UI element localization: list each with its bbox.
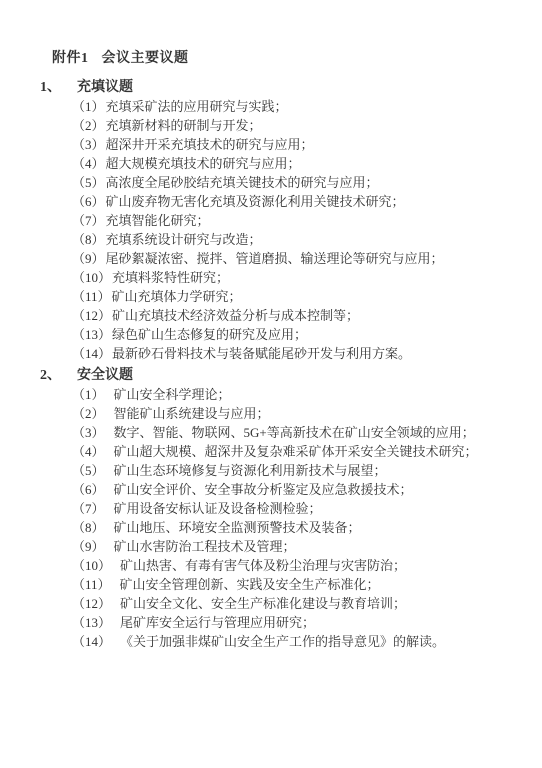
item-text: 矿用设备安标认证及设备检测检验； — [114, 499, 322, 518]
topic-item: （5）矿山生态环境修复与资源化利用新技术与展望； — [72, 461, 542, 480]
topic-item: （12）矿山安全文化、安全生产标准化建设与教育培训； — [72, 594, 542, 613]
item-text: 矿山充填体力学研究； — [112, 287, 242, 306]
item-text: 矿山热害、有毒有害气体及粉尘治理与灾害防治； — [120, 556, 406, 575]
section-filling-topics: 1、 充填议题 （1）充填采矿法的应用研究与实践；（2）充填新材料的研制与开发；… — [0, 78, 542, 363]
item-number: （3） — [72, 423, 105, 442]
section-safety-topics: 2、 安全议题 （1）矿山安全科学理论；（2）智能矿山系统建设与应用；（3）数字… — [0, 366, 542, 651]
item-text: 智能矿山系统建设与应用； — [114, 404, 270, 423]
topic-item: （8）矿山地压、环境安全监测预警技术及装备； — [72, 518, 542, 537]
item-text: 矿山安全文化、安全生产标准化建设与教育培训； — [120, 594, 406, 613]
title-text: 会议主要议题 — [102, 51, 189, 66]
topic-item: （8）充填系统设计研究与改造； — [72, 230, 542, 249]
item-number: （1） — [72, 97, 105, 116]
topic-item: （3）超深井开采充填技术的研究与应用； — [72, 135, 542, 154]
item-number: （7） — [72, 499, 105, 518]
section-heading: 2、 安全议题 — [40, 366, 542, 385]
item-text: 矿山充填技术经济效益分析与成本控制等； — [112, 306, 359, 325]
item-number: （6） — [72, 480, 105, 499]
topic-item: （4）矿山超大规模、超深井及复杂难采矿体开采安全关键技术研究； — [72, 442, 542, 461]
item-number: （13） — [72, 613, 111, 632]
page-title: 附件1会议主要议题 — [52, 49, 542, 68]
item-text: 矿山生态环境修复与资源化利用新技术与展望； — [114, 461, 387, 480]
item-text: 矿山水害防治工程技术及管理； — [114, 537, 296, 556]
item-text: 矿山安全评价、安全事故分析鉴定及应急救援技术； — [114, 480, 413, 499]
item-number: （2） — [72, 404, 105, 423]
item-text: 矿山安全管理创新、实践及安全生产标准化； — [120, 575, 380, 594]
item-text: 矿山安全科学理论； — [114, 385, 231, 404]
topic-item: （7）矿用设备安标认证及设备检测检验； — [72, 499, 542, 518]
topic-item: （9）矿山水害防治工程技术及管理； — [72, 537, 542, 556]
item-text: 矿山废弃物无害化充填及资源化利用关键技术研究； — [106, 192, 405, 211]
section-title: 充填议题 — [77, 78, 133, 97]
topic-item: （4）超大规模充填技术的研究与应用； — [72, 154, 542, 173]
item-number: （9） — [72, 537, 105, 556]
item-text: 充填系统设计研究与改造； — [106, 230, 262, 249]
topic-item: （11）矿山充填体力学研究； — [72, 287, 542, 306]
item-number: （14） — [72, 632, 111, 651]
topic-item: （6）矿山安全评价、安全事故分析鉴定及应急救援技术； — [72, 480, 542, 499]
topic-item: （5）高浓度全尾砂胶结充填关键技术的研究与应用； — [72, 173, 542, 192]
item-number: （11） — [72, 287, 111, 306]
item-text: 尾砂絮凝浓密、搅拌、管道磨损、输送理论等研究与应用； — [106, 249, 444, 268]
item-number: （7） — [72, 211, 105, 230]
section-number: 1、 — [40, 78, 77, 97]
topic-item: （10）充填料浆特性研究； — [72, 268, 542, 287]
item-text: 超深井开采充填技术的研究与应用； — [106, 135, 314, 154]
topic-item: （14）最新砂石骨料技术与装备赋能尾砂开发与利用方案。 — [72, 344, 542, 363]
topic-item: （13）尾矿库安全运行与管理应用研究； — [72, 613, 542, 632]
item-text: 高浓度全尾砂胶结充填关键技术的研究与应用； — [106, 173, 379, 192]
section-number: 2、 — [40, 366, 77, 385]
topic-item: （11）矿山安全管理创新、实践及安全生产标准化； — [72, 575, 542, 594]
topic-item: （1）矿山安全科学理论； — [72, 385, 542, 404]
topic-item: （2）智能矿山系统建设与应用； — [72, 404, 542, 423]
topic-item: （6）矿山废弃物无害化充填及资源化利用关键技术研究； — [72, 192, 542, 211]
topic-item: （2）充填新材料的研制与开发； — [72, 116, 542, 135]
item-text: 最新砂石骨料技术与装备赋能尾砂开发与利用方案。 — [112, 344, 411, 363]
item-text: 超大规模充填技术的研究与应用； — [106, 154, 301, 173]
section-title: 安全议题 — [77, 366, 133, 385]
topic-list: （1）充填采矿法的应用研究与实践；（2）充填新材料的研制与开发；（3）超深井开采… — [72, 97, 542, 363]
item-number: （4） — [72, 154, 105, 173]
item-number: （10） — [72, 268, 111, 287]
item-text: 充填新材料的研制与开发； — [106, 116, 262, 135]
item-number: （14） — [72, 344, 111, 363]
item-text: 充填智能化研究； — [106, 211, 210, 230]
item-text: 充填采矿法的应用研究与实践； — [106, 97, 288, 116]
item-number: （12） — [72, 306, 111, 325]
topic-item: （9）尾砂絮凝浓密、搅拌、管道磨损、输送理论等研究与应用； — [72, 249, 542, 268]
item-text: 尾矿库安全运行与管理应用研究； — [120, 613, 315, 632]
item-text: 《关于加强非煤矿山安全生产工作的指导意见》的解读。 — [120, 632, 445, 651]
item-text: 充填料浆特性研究； — [112, 268, 229, 287]
item-number: （10） — [72, 556, 111, 575]
item-text: 绿色矿山生态修复的研究及应用； — [112, 325, 307, 344]
attachment-label: 附件1 — [52, 51, 89, 66]
item-number: （9） — [72, 249, 105, 268]
item-text: 矿山地压、环境安全监测预警技术及装备； — [114, 518, 361, 537]
item-number: （4） — [72, 442, 105, 461]
item-number: （6） — [72, 192, 105, 211]
item-number: （5） — [72, 461, 105, 480]
item-number: （3） — [72, 135, 105, 154]
section-heading: 1、 充填议题 — [40, 78, 542, 97]
item-number: （5） — [72, 173, 105, 192]
topic-item: （7）充填智能化研究； — [72, 211, 542, 230]
item-number: （13） — [72, 325, 111, 344]
document-page: 附件1会议主要议题 1、 充填议题 （1）充填采矿法的应用研究与实践；（2）充填… — [0, 0, 542, 768]
item-number: （1） — [72, 385, 105, 404]
topic-item: （1）充填采矿法的应用研究与实践； — [72, 97, 542, 116]
topic-item: （14）《关于加强非煤矿山安全生产工作的指导意见》的解读。 — [72, 632, 542, 651]
item-text: 矿山超大规模、超深井及复杂难采矿体开采安全关键技术研究； — [114, 442, 478, 461]
item-number: （11） — [72, 575, 111, 594]
topic-item: （3）数字、智能、物联网、5G+等高新技术在矿山安全领域的应用； — [72, 423, 542, 442]
item-number: （8） — [72, 518, 105, 537]
topic-list: （1）矿山安全科学理论；（2）智能矿山系统建设与应用；（3）数字、智能、物联网、… — [72, 385, 542, 651]
topic-item: （12）矿山充填技术经济效益分析与成本控制等； — [72, 306, 542, 325]
item-text: 数字、智能、物联网、5G+等高新技术在矿山安全领域的应用； — [114, 423, 475, 442]
item-number: （2） — [72, 116, 105, 135]
topic-item: （10）矿山热害、有毒有害气体及粉尘治理与灾害防治； — [72, 556, 542, 575]
item-number: （8） — [72, 230, 105, 249]
item-number: （12） — [72, 594, 111, 613]
topic-item: （13）绿色矿山生态修复的研究及应用； — [72, 325, 542, 344]
